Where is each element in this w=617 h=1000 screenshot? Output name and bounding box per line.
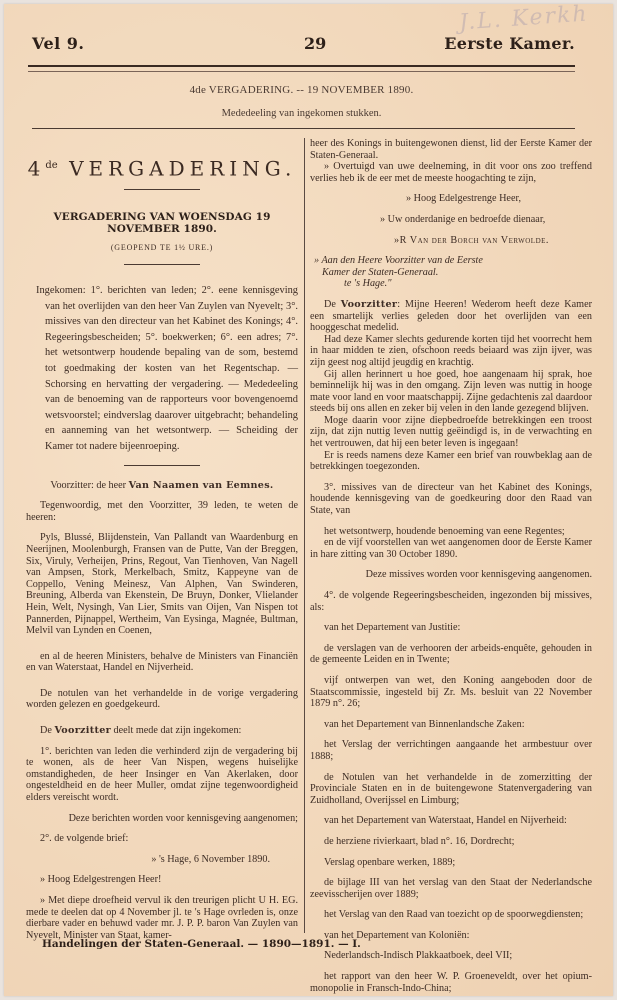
- waterstaat-item-1: de herziene rivierkaart, blad n°. 16, Do…: [310, 836, 592, 848]
- letter-salutation: » Hoog Edelgestrengen Heer!: [26, 874, 298, 886]
- title-rule-2: [124, 264, 200, 265]
- item-3: 3°. missives van de directeur van het Ka…: [310, 482, 592, 517]
- item-2: 2°. de volgende brief:: [26, 833, 298, 845]
- subhead-rule: [32, 128, 575, 129]
- justice-item-1: de verslagen van de verhooren der arbeid…: [310, 643, 592, 666]
- address-1: » Aan den Heere Voorzitter van de Eerste: [310, 255, 592, 267]
- address-2: Kamer der Staten-Generaal.: [310, 267, 592, 279]
- members-list: Pyls, Blussé, Blijdenstein, Van Pallandt…: [26, 532, 298, 636]
- speech-5: Er is reeds namens deze Kamer een brief …: [310, 450, 592, 473]
- justice-item-2: vijf ontwerpen van wet, den Koning aange…: [310, 675, 592, 710]
- header-rule: [28, 65, 575, 72]
- item-1-note: Deze berichten worden voor kennisgeving …: [26, 813, 298, 825]
- left-column: 4de VERGADERING. VERGADERING VAN WOENSDA…: [26, 138, 298, 941]
- waterstaat-item-3: de bijlage III van het verslag van den S…: [310, 877, 592, 900]
- speech-2: Had deze Kamer slechts gedurende korten …: [310, 334, 592, 369]
- waterstaat-item-2: Verslag openbare werken, 1889;: [310, 857, 592, 869]
- announcement-line: De Voorzitter deelt mede dat zijn ingeko…: [26, 725, 298, 737]
- interior-item-1: het Verslag der verrichtingen aangaande …: [310, 739, 592, 762]
- colonies-item-2: het rapport van den heer W. P. Groenevel…: [310, 971, 592, 994]
- address-3: te 's Hage.": [310, 278, 592, 290]
- waterstaat-item-4: het Verslag van den Raad van toezicht op…: [310, 909, 592, 921]
- closing-1: » Hoog Edelgestrenge Heer,: [310, 193, 592, 205]
- chair-line: Voorzitter: de heer Van Naamen van Eemne…: [26, 480, 298, 492]
- meeting-line: 4de VERGADERING. -- 19 NOVEMBER 1890.: [4, 84, 599, 96]
- item-3-note: Deze missives worden voor kennisgeving a…: [310, 569, 592, 581]
- dept-justice: van het Departement van Justitie:: [310, 622, 592, 634]
- footer-citation: Handelingen der Staten-Generaal. — 1890—…: [42, 938, 361, 950]
- subject-line: Mededeeling van ingekomen stukken.: [4, 108, 599, 119]
- speech-1: De Voorzitter: Mijne Heeren! Wederom hee…: [310, 299, 592, 334]
- sheet-number: Vel 9.: [32, 34, 84, 53]
- item-3-a: het wetsontwerp, houdende benoeming van …: [310, 526, 592, 538]
- minutes-line: De notulen van het verhandelde in de vor…: [26, 688, 298, 711]
- title-rule: [124, 189, 200, 190]
- sitting-title: VERGADERING VAN WOENSDAG 19 NOVEMBER 189…: [26, 212, 298, 235]
- running-head: Vel 9. 29 Eerste Kamer.: [32, 34, 575, 64]
- document-page: J.L. Kerkh Vel 9. 29 Eerste Kamer. 4de V…: [4, 4, 613, 996]
- item-1: 1°. berichten van leden die verhinderd z…: [26, 746, 298, 804]
- letter-continuation: heer des Konings in buitengewonen dienst…: [310, 138, 592, 161]
- interior-item-2: de Notulen van het verhandelde in de zom…: [310, 772, 592, 807]
- pencil-annotation: J.L. Kerkh: [458, 4, 589, 35]
- present-intro: Tegenwoordig, met den Voorzitter, 39 led…: [26, 500, 298, 523]
- summary-rule: [124, 465, 200, 466]
- chamber-name: Eerste Kamer.: [444, 34, 575, 53]
- ministers-line: en al de heeren Ministers, behalve de Mi…: [26, 651, 298, 674]
- signature: »R Van der Borch van Verwolde.: [310, 235, 592, 247]
- dept-interior: van het Departement van Binnenlandsche Z…: [310, 719, 592, 731]
- speech-4: Moge daarin voor zijne diepbedroefde bet…: [310, 415, 592, 450]
- item-4: 4°. de volgende Regeeringsbescheiden, in…: [310, 590, 592, 613]
- letter-body: » Met diepe droefheid vervul ik den treu…: [26, 895, 298, 941]
- closing-2: » Uw onderdanige en bedroefde dienaar,: [310, 214, 592, 226]
- opened-time: (Geopend te 1½ ure.): [26, 242, 298, 254]
- dept-waterstaat: van het Departement van Waterstaat, Hand…: [310, 815, 592, 827]
- colonies-item-1: Nederlandsch-Indisch Plakkaatboek, deel …: [310, 950, 592, 962]
- page-number: 29: [304, 34, 326, 53]
- letter-date: » 's Hage, 6 November 1890.: [26, 854, 298, 866]
- speech-3: Gij allen herinnert u hoe goed, hoe aang…: [310, 369, 592, 415]
- right-column: heer des Konings in buitengewonen dienst…: [310, 138, 592, 994]
- letter-close: » Overtuigd van uwe deelneming, in dit v…: [310, 161, 592, 184]
- summary-paragraph: Ingekomen: 1°. berichten van leden; 2°. …: [26, 283, 298, 455]
- item-3-b: en de vijf voorstellen van wet aangenome…: [310, 537, 592, 560]
- column-divider: [304, 138, 305, 933]
- meeting-title: 4de VERGADERING.: [26, 160, 298, 175]
